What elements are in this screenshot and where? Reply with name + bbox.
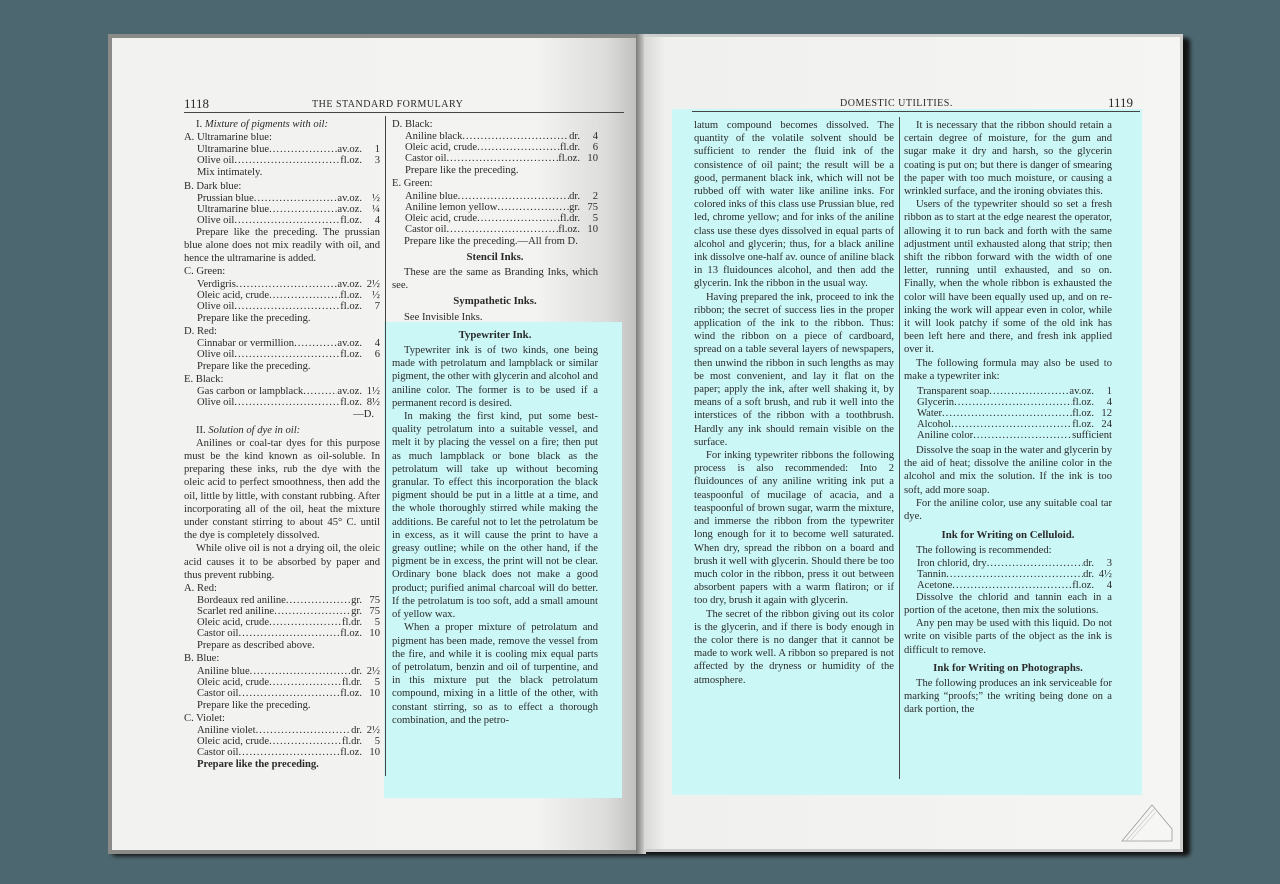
ingredient-unit: gr.	[351, 595, 362, 606]
ingredient-name: Aniline blue	[405, 191, 458, 202]
paragraph: While olive oil is not a drying oil, the…	[184, 542, 380, 582]
leader-dots	[946, 569, 1083, 580]
leader-dots	[989, 386, 1069, 397]
ingredient-name: Oleic acid, crude	[405, 142, 477, 153]
ingredient-name: Cinnabar or vermillion	[197, 338, 294, 349]
leader-dots	[256, 725, 352, 736]
recipe-title: D. Red:	[184, 325, 380, 338]
ingredient-list: Aniline black dr.4Oleic acid, crude fl.d…	[392, 131, 598, 164]
ingredient-name: Olive oil	[197, 215, 234, 226]
ingredient-name: Aniline lemon yellow	[405, 202, 497, 213]
paragraph: Having prepared the ink, proceed to ink …	[694, 291, 894, 449]
recipe-note: Prepare like the preceding.	[184, 312, 380, 325]
left-column-1: I. Mixture of pigments with oil: A. Ultr…	[184, 118, 380, 771]
paragraph: The following produces an ink serviceabl…	[904, 677, 1112, 717]
ingredient-unit: fl.dr.	[342, 736, 362, 747]
paragraph: Any pen may be used with this liquid. Do…	[904, 617, 1112, 657]
ingredient-row: Verdigris av.oz.2½	[184, 279, 380, 290]
running-head: THE STANDARD FORMULARY	[312, 99, 463, 110]
section-heading: I. Mixture of pigments with oil:	[184, 118, 380, 131]
leader-dots	[234, 301, 340, 312]
ingredient-quantity: 2½	[362, 279, 380, 290]
ingredient-unit: fl.oz.	[340, 747, 362, 758]
leader-dots	[294, 338, 337, 349]
ingredient-unit: fl.oz.	[1072, 580, 1094, 591]
ingredient-list: Aniline violet dr.2½Oleic acid, crude fl…	[184, 725, 380, 758]
ingredient-list: Iron chlorid, dry dr.3Tannin dr.4½Aceton…	[904, 558, 1112, 591]
ingredient-quantity: 10	[362, 628, 380, 639]
page-number: 1119	[1108, 95, 1133, 111]
leader-dots	[477, 213, 560, 224]
ingredient-name: Ultramarine blue	[197, 144, 269, 155]
ingredient-quantity: 75	[362, 606, 380, 617]
source-signature: —D.	[184, 408, 380, 421]
ingredient-quantity: 75	[362, 595, 380, 606]
ingredient-name: Aniline color	[917, 430, 973, 441]
leader-dots	[234, 349, 340, 360]
ingredient-quantity: 10	[362, 747, 380, 758]
open-book: 1118 THE STANDARD FORMULARY I. Mixture o…	[108, 34, 1180, 854]
ingredient-name: Tannin	[917, 569, 946, 580]
ingredient-row: Aniline color sufficient	[904, 430, 1112, 441]
ingredient-quantity: 12	[1094, 408, 1112, 419]
recipe-title: C. Green:	[184, 265, 380, 278]
column-rule	[385, 116, 386, 776]
ingredient-row: Oleic acid, crude fl.dr.5	[184, 677, 380, 688]
paragraph: It is necessary that the ribbon should r…	[904, 119, 1112, 198]
ingredient-unit: fl.dr.	[560, 213, 580, 224]
ingredient-list: Aniline blue dr.2Aniline lemon yellow gr…	[392, 191, 598, 235]
ingredient-row: Castor oil fl.oz.10	[392, 153, 598, 164]
ingredient-unit: dr.	[351, 666, 362, 677]
recipe-note: Prepare like the preceding.	[184, 699, 380, 712]
leader-dots	[954, 397, 1072, 408]
left-column-2: D. Black: Aniline black dr.4Oleic acid, …	[392, 118, 598, 727]
ingredient-quantity: 2	[580, 191, 598, 202]
recipe-title: A. Red:	[184, 582, 380, 595]
recipe-title: B. Blue:	[184, 652, 380, 665]
ingredient-name: Aniline black	[405, 131, 462, 142]
ingredient-quantity: 4	[362, 338, 380, 349]
header-rule	[184, 112, 624, 113]
ingredient-name: Oleic acid, crude	[197, 736, 269, 747]
ingredient-quantity: ½	[362, 290, 380, 301]
ingredient-unit: fl.oz.	[340, 688, 362, 699]
paragraph: The secret of the ribbon giving out its …	[694, 608, 894, 687]
leader-dots	[250, 666, 351, 677]
ingredient-row: Transparent soap av.oz.1	[904, 386, 1112, 397]
ingredient-name: Olive oil	[197, 155, 234, 166]
leader-dots	[234, 215, 340, 226]
ingredient-name: Alcohol	[917, 419, 951, 430]
recipe-note: Prepare as described above.	[184, 639, 380, 652]
ingredient-unit: dr.	[1083, 569, 1094, 580]
ingredient-row: Ultramarine blue av.oz.1	[184, 144, 380, 155]
ingredient-unit: fl.oz.	[340, 349, 362, 360]
ingredient-name: Glycerin	[917, 397, 954, 408]
leader-dots	[942, 408, 1072, 419]
right-column-1: latum compound becomes dissolved. The qu…	[694, 119, 894, 687]
leader-dots	[239, 747, 341, 758]
ingredient-list: Verdigris av.oz.2½Oleic acid, crude fl.o…	[184, 279, 380, 312]
ingredient-unit: fl.oz.	[340, 397, 362, 408]
leader-dots	[447, 153, 559, 164]
ingredient-name: Gas carbon or lampblack	[197, 386, 303, 397]
ingredient-row: Prussian blue av.oz.½	[184, 193, 380, 204]
ingredient-quantity: 6	[580, 142, 598, 153]
ingredient-name: Bordeaux red aniline	[197, 595, 286, 606]
ingredient-unit: fl.dr.	[342, 617, 362, 628]
ingredient-name: Ultramarine blue	[197, 204, 269, 215]
ingredient-list: Aniline blue dr.2½Oleic acid, crude fl.d…	[184, 666, 380, 699]
ingredient-row: Aniline blue dr.2½	[184, 666, 380, 677]
ingredient-unit: av.oz.	[337, 144, 362, 155]
section-heading-sympathetic: Sympathetic Inks.	[392, 295, 598, 308]
ingredient-name: Oleic acid, crude	[197, 290, 269, 301]
ingredient-quantity: 24	[1094, 419, 1112, 430]
leader-dots	[236, 279, 338, 290]
section-heading: II. Solution of dye in oil:	[184, 424, 380, 437]
ingredient-row: Oleic acid, crude fl.oz.½	[184, 290, 380, 301]
recipe-note: Prepare like the preceding.	[392, 164, 598, 177]
ingredient-quantity: 5	[362, 677, 380, 688]
ingredient-row: Iron chlorid, dry dr.3	[904, 558, 1112, 569]
section-heading-photographs: Ink for Writing on Photographs.	[904, 662, 1112, 675]
ingredient-quantity: 4	[1094, 580, 1112, 591]
paragraph: In making the first kind, put some best-…	[392, 410, 598, 621]
ingredient-unit: fl.oz.	[1072, 419, 1094, 430]
ingredient-quantity: 5	[362, 617, 380, 628]
ingredient-name: Oleic acid, crude	[197, 677, 269, 688]
paragraph: The following is recommended:	[904, 544, 1112, 557]
ingredient-row: Aniline black dr.4	[392, 131, 598, 142]
ingredient-row: Gas carbon or lampblack av.oz.1½	[184, 386, 380, 397]
ingredient-unit: dr.	[351, 725, 362, 736]
paragraph: Dissolve the chlorid and tannin each in …	[904, 591, 1112, 617]
ingredient-unit: av.oz.	[337, 386, 362, 397]
ingredient-quantity: 75	[580, 202, 598, 213]
ingredient-name: Acetone	[917, 580, 952, 591]
header-rule	[692, 111, 1140, 112]
ingredient-row: Castor oil fl.oz.10	[184, 747, 380, 758]
ingredient-quantity: 7	[362, 301, 380, 312]
leader-dots	[274, 606, 351, 617]
ingredient-name: Aniline blue	[197, 666, 250, 677]
paragraph: latum compound becomes dissolved. The qu…	[694, 119, 894, 291]
ingredient-list: Transparent soap av.oz.1Glycerin fl.oz.4…	[904, 386, 1112, 441]
ingredient-row: Oleic acid, crude fl.dr.5	[392, 213, 598, 224]
dog-ear-corner-icon	[1114, 795, 1174, 843]
ingredient-row: Ultramarine blue av.oz.¼	[184, 204, 380, 215]
ingredient-name: Aniline violet	[197, 725, 256, 736]
ingredient-name: Oleic acid, crude	[197, 617, 269, 628]
ingredient-unit: fl.oz.	[340, 290, 362, 301]
page-number: 1118	[184, 96, 209, 112]
ingredient-unit: dr.	[569, 131, 580, 142]
section-heading-stencil: Stencil Inks.	[392, 251, 598, 264]
paragraph: Anilines or coal-tar dyes for this purpo…	[184, 437, 380, 543]
ingredient-unit: av.oz.	[337, 193, 362, 204]
ingredient-list: Bordeaux red aniline gr.75Scarlet red an…	[184, 595, 380, 639]
recipe-title: E. Black:	[184, 373, 380, 386]
ingredient-unit: fl.dr.	[560, 142, 580, 153]
ingredient-quantity: 4	[580, 131, 598, 142]
ingredient-name: Castor oil	[197, 628, 239, 639]
ingredient-row: Aniline blue dr.2	[392, 191, 598, 202]
right-page: DOMESTIC UTILITIES. 1119 latum compound …	[644, 34, 1183, 852]
ingredient-list: Gas carbon or lampblack av.oz.1½Olive oi…	[184, 386, 380, 408]
ingredient-quantity: 2½	[362, 666, 380, 677]
ingredient-quantity: 3	[1094, 558, 1112, 569]
ingredient-quantity: 4	[1094, 397, 1112, 408]
ingredient-row: Olive oil fl.oz.6	[184, 349, 380, 360]
paragraph: The following formula may also be used t…	[904, 357, 1112, 383]
ingredient-name: Water	[917, 408, 942, 419]
ingredient-unit: fl.oz.	[340, 628, 362, 639]
ingredient-name: Olive oil	[197, 349, 234, 360]
leader-dots	[497, 202, 569, 213]
ingredient-unit: av.oz.	[1069, 386, 1094, 397]
ingredient-row: Aniline violet dr.2½	[184, 725, 380, 736]
recipe-title: D. Black:	[392, 118, 598, 131]
ingredient-name: Castor oil	[197, 747, 239, 758]
ingredient-quantity: 4½	[1094, 569, 1112, 580]
leader-dots	[269, 290, 340, 301]
leader-dots	[254, 193, 338, 204]
ingredient-unit: fl.oz.	[1072, 397, 1094, 408]
ingredient-unit: fl.oz.	[558, 224, 580, 235]
leader-dots	[239, 628, 341, 639]
ingredient-row: Oleic acid, crude fl.dr.5	[184, 617, 380, 628]
ingredient-quantity: ½	[362, 193, 380, 204]
ingredient-unit: dr.	[569, 191, 580, 202]
recipe-note: Prepare like the preceding.	[184, 360, 380, 373]
ingredient-row: Aniline lemon yellow gr.75	[392, 202, 598, 213]
leader-dots	[269, 677, 342, 688]
ingredient-row: Cinnabar or vermillion av.oz.4	[184, 338, 380, 349]
leader-dots	[234, 155, 340, 166]
ingredient-name: Olive oil	[197, 397, 234, 408]
ingredient-unit: fl.oz.	[558, 153, 580, 164]
leader-dots	[952, 580, 1072, 591]
ingredient-quantity: 10	[580, 153, 598, 164]
leader-dots	[447, 224, 559, 235]
ingredient-name: Verdigris	[197, 279, 236, 290]
ingredient-row: Olive oil fl.oz.3	[184, 155, 380, 166]
ingredient-quantity: 10	[362, 688, 380, 699]
ingredient-unit: gr.	[351, 606, 362, 617]
ingredient-unit: dr.	[1083, 558, 1094, 569]
ingredient-unit: av.oz.	[337, 279, 362, 290]
paragraph: Users of the typewriter should so set a …	[904, 198, 1112, 356]
leader-dots	[269, 204, 337, 215]
ingredient-unit: gr.	[569, 202, 580, 213]
ingredient-name: Prussian blue	[197, 193, 254, 204]
section-heading-celluloid: Ink for Writing on Celluloid.	[904, 529, 1112, 542]
left-page: 1118 THE STANDARD FORMULARY I. Mixture o…	[108, 34, 644, 854]
leader-dots	[973, 430, 1071, 441]
ingredient-quantity: 5	[580, 213, 598, 224]
leader-dots	[269, 736, 342, 747]
ingredient-row: Castor oil fl.oz.10	[184, 628, 380, 639]
ingredient-name: Castor oil	[405, 153, 447, 164]
ingredient-row: Glycerin fl.oz.4	[904, 397, 1112, 408]
ingredient-row: Oleic acid, crude fl.dr.5	[184, 736, 380, 747]
ingredient-quantity: ¼	[362, 204, 380, 215]
ingredient-unit: av.oz.	[337, 338, 362, 349]
leader-dots	[269, 617, 342, 628]
ingredient-quantity: 6	[362, 349, 380, 360]
paragraph: Typewriter ink is of two kinds, one bein…	[392, 344, 598, 410]
paragraph: For inking typewriter ribbons the follow…	[694, 449, 894, 607]
leader-dots	[477, 142, 560, 153]
recipe-title: B. Dark blue:	[184, 180, 380, 193]
recipe-note: Mix intimately.	[184, 166, 380, 179]
ingredient-quantity: 8½	[362, 397, 380, 408]
column-rule	[899, 117, 900, 779]
paragraph: When a proper mixture of petrolatum and …	[392, 621, 598, 727]
ingredient-row: Olive oil fl.oz.4	[184, 215, 380, 226]
ingredient-unit: fl.oz.	[340, 155, 362, 166]
ingredient-list: Ultramarine blue av.oz.1Olive oil fl.oz.…	[184, 144, 380, 166]
paragraph: Dissolve the soap in the water and glyce…	[904, 444, 1112, 497]
recipe-title: C. Violet:	[184, 712, 380, 725]
ingredient-unit: av.oz.	[337, 204, 362, 215]
leader-dots	[269, 144, 337, 155]
ingredient-unit: fl.oz.	[340, 301, 362, 312]
leader-dots	[987, 558, 1083, 569]
ingredient-quantity: 1½	[362, 386, 380, 397]
leader-dots	[951, 419, 1072, 430]
ingredient-row: Acetone fl.oz.4	[904, 580, 1112, 591]
ingredient-row: Oleic acid, crude fl.dr.6	[392, 142, 598, 153]
ingredient-list: Cinnabar or vermillion av.oz.4Olive oil …	[184, 338, 380, 360]
ingredient-list: Prussian blue av.oz.½Ultramarine blue av…	[184, 193, 380, 226]
ingredient-row: Castor oil fl.oz.10	[184, 688, 380, 699]
recipe-title: E. Green:	[392, 177, 598, 190]
ingredient-quantity: 1	[1094, 386, 1112, 397]
running-head: DOMESTIC UTILITIES.	[840, 98, 953, 109]
ingredient-quantity: 10	[580, 224, 598, 235]
leader-dots	[234, 397, 340, 408]
paragraph: Prepare like the preceding.—All from D.	[392, 235, 598, 248]
ingredient-quantity: 3	[362, 155, 380, 166]
ingredient-unit: fl.dr.	[342, 677, 362, 688]
ingredient-row: Castor oil fl.oz.10	[392, 224, 598, 235]
ingredient-row: Scarlet red aniline gr.75	[184, 606, 380, 617]
ingredient-row: Olive oil fl.oz.8½	[184, 397, 380, 408]
section-heading-typewriter: Typewriter Ink.	[392, 329, 598, 342]
ingredient-row: Tannin dr.4½	[904, 569, 1112, 580]
leader-dots	[462, 131, 569, 142]
ingredient-quantity: 2½	[362, 725, 380, 736]
ingredient-name: Transparent soap	[917, 386, 989, 397]
leader-dots	[286, 595, 351, 606]
paragraph: For the aniline color, use any suitable …	[904, 497, 1112, 523]
ingredient-name: Olive oil	[197, 301, 234, 312]
paragraph: These are the same as Branding Inks, whi…	[392, 266, 598, 292]
ingredient-unit: fl.oz.	[340, 215, 362, 226]
paragraph: Prepare like the preceding. The prussian…	[184, 226, 380, 266]
leader-dots	[458, 191, 569, 202]
ingredient-row: Olive oil fl.oz.7	[184, 301, 380, 312]
recipe-note: Prepare like the preceding.	[184, 758, 380, 771]
right-column-2: It is necessary that the ribbon should r…	[904, 119, 1112, 717]
leader-dots	[239, 688, 341, 699]
ingredient-name: Castor oil	[197, 688, 239, 699]
ingredient-name: Scarlet red aniline	[197, 606, 274, 617]
ingredient-quantity: 5	[362, 736, 380, 747]
ingredient-row: Alcohol fl.oz.24	[904, 419, 1112, 430]
paragraph: See Invisible Inks.	[392, 311, 598, 324]
ingredient-name: Oleic acid, crude	[405, 213, 477, 224]
ingredient-name: Iron chlorid, dry	[917, 558, 987, 569]
ingredient-row: Bordeaux red aniline gr.75	[184, 595, 380, 606]
recipe-title: A. Ultramarine blue:	[184, 131, 380, 144]
ingredient-quantity: 4	[362, 215, 380, 226]
ingredient-quantity: 1	[362, 144, 380, 155]
leader-dots	[303, 386, 337, 397]
ingredient-unit: fl.oz.	[1072, 408, 1094, 419]
ingredient-quantity: sufficient	[1071, 430, 1112, 441]
ingredient-name: Castor oil	[405, 224, 447, 235]
ingredient-row: Water fl.oz.12	[904, 408, 1112, 419]
